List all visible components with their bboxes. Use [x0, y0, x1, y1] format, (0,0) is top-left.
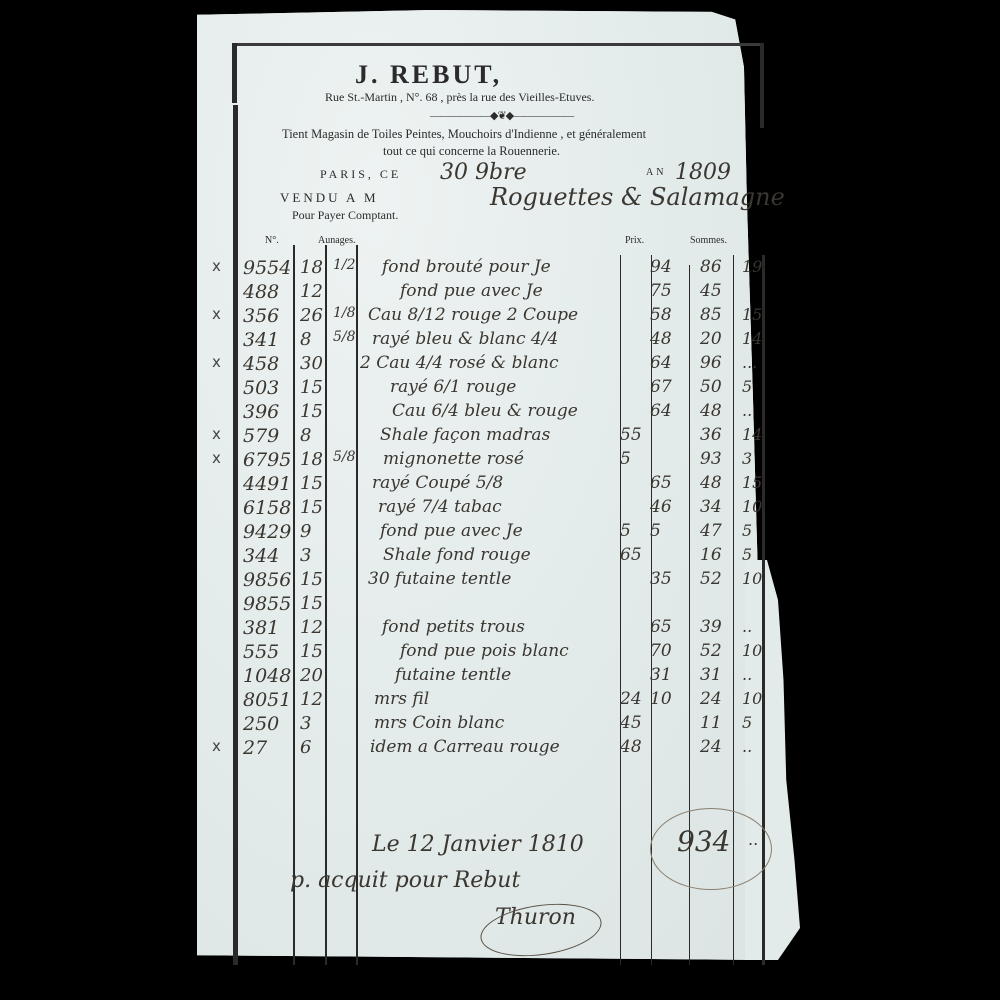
- item-number: 8051: [243, 689, 291, 711]
- item-prix: 65: [650, 473, 672, 493]
- item-number: 344: [243, 545, 279, 567]
- row-mark: x: [212, 449, 221, 467]
- item-number: 9855: [243, 593, 291, 615]
- right-border-rule: [760, 43, 764, 128]
- item-somme: 36: [700, 425, 722, 445]
- item-somme: 24: [700, 689, 722, 709]
- item-aunages: 20: [300, 665, 323, 686]
- item-somme: 52: [700, 641, 722, 661]
- item-aunages: 15: [300, 641, 323, 662]
- item-description: fond petits trous: [382, 617, 525, 637]
- item-somme: 34: [700, 497, 722, 517]
- item-somme: 39: [700, 617, 722, 637]
- item-prix: 65: [650, 617, 672, 637]
- item-cent: 10: [742, 641, 762, 660]
- item-somme: 48: [700, 473, 722, 493]
- table-row: 615815rayé 7/4 tabac463410: [0, 497, 1000, 523]
- item-description: rayé bleu & blanc 4/4: [372, 329, 558, 349]
- item-cent: ..: [742, 401, 752, 420]
- item-cent: 10: [742, 497, 762, 516]
- item-description: Cau 6/4 bleu & rouge: [392, 401, 578, 421]
- item-fraction: 5/8: [333, 449, 356, 465]
- item-description: rayé Coupé 5/8: [372, 473, 503, 493]
- item-prix-sub: 5: [620, 449, 631, 469]
- table-row: 98561530 futaine tentle355210: [0, 569, 1000, 595]
- table-row: 94299fond pue avec Je55475: [0, 521, 1000, 547]
- table-row: 3443Shale fond rouge65165: [0, 545, 1000, 571]
- col-header-sommes: Sommes.: [690, 235, 727, 246]
- table-row: x9554181/2fond brouté pour Je948619: [0, 257, 1000, 283]
- item-prix-sub: 45: [620, 713, 642, 733]
- item-somme: 85: [700, 305, 722, 325]
- item-aunages: 12: [300, 689, 323, 710]
- sold-to-label: VENDU A M: [280, 190, 379, 206]
- paris-label: PARIS, CE: [320, 167, 401, 182]
- item-prix: 10: [650, 689, 672, 709]
- table-row: 50315rayé 6/1 rouge67505: [0, 377, 1000, 403]
- buyer-name: Roguettes & Salamagne: [490, 183, 785, 211]
- item-description: Cau 8/12 rouge 2 Coupe: [368, 305, 578, 325]
- item-somme: 86: [700, 257, 722, 277]
- item-cent: 5: [742, 545, 752, 564]
- item-fraction: 1/8: [333, 305, 356, 321]
- item-aunages: 9: [300, 521, 311, 542]
- item-prix: 58: [650, 305, 672, 325]
- item-number: 9856: [243, 569, 291, 591]
- acquit-line: p. acquit pour Rebut: [290, 868, 520, 893]
- item-description: Shale façon madras: [380, 425, 550, 445]
- item-cent: 5: [742, 377, 752, 396]
- item-number: 341: [243, 329, 279, 351]
- item-somme: 20: [700, 329, 722, 349]
- col-header-no: N°.: [265, 235, 279, 246]
- item-number: 9554: [243, 257, 291, 279]
- item-aunages: 18: [300, 449, 323, 470]
- item-number: 488: [243, 281, 279, 303]
- item-number: 6795: [243, 449, 291, 471]
- item-number: 4491: [243, 473, 291, 495]
- invoice-year: 1809: [675, 160, 731, 185]
- ornament-divider: ——————◆❦◆——————: [430, 109, 573, 122]
- item-prix: 64: [650, 401, 672, 421]
- item-cent: 14: [742, 425, 762, 444]
- item-prix-sub: 24: [620, 689, 642, 709]
- item-aunages: 15: [300, 497, 323, 518]
- table-row: x356261/8Cau 8/12 rouge 2 Coupe588515: [0, 305, 1000, 331]
- item-description: fond pue avec Je: [400, 281, 543, 301]
- item-cent: 19: [742, 257, 762, 276]
- payment-terms: Pour Payer Comptant.: [292, 208, 398, 223]
- item-number: 503: [243, 377, 279, 399]
- item-description: fond pue avec Je: [380, 521, 523, 541]
- item-aunages: 8: [300, 425, 311, 446]
- item-description: 2 Cau 4/4 rosé & blanc: [360, 353, 559, 373]
- item-description: mrs Coin blanc: [374, 713, 504, 733]
- item-aunages: 3: [300, 545, 311, 566]
- item-aunages: 15: [300, 377, 323, 398]
- item-number: 381: [243, 617, 279, 639]
- item-somme: 11: [700, 713, 722, 733]
- table-row: 805112mrs fil24102410: [0, 689, 1000, 715]
- item-cent: 3: [742, 449, 752, 468]
- item-aunages: 12: [300, 617, 323, 638]
- shop-description-line2: tout ce qui concerne la Rouennerie.: [383, 144, 560, 159]
- item-somme: 52: [700, 569, 722, 589]
- table-row: 985515: [0, 593, 1000, 619]
- item-somme: 96: [700, 353, 722, 373]
- table-row: 48812fond pue avec Je7545: [0, 281, 1000, 307]
- item-prix-sub: 65: [620, 545, 642, 565]
- item-description: mignonette rosé: [383, 449, 524, 469]
- item-somme: 45: [700, 281, 722, 301]
- item-aunages: 8: [300, 329, 311, 350]
- merchant-name: J. REBUT,: [355, 60, 502, 90]
- item-prix: 31: [650, 665, 672, 685]
- item-prix: 64: [650, 353, 672, 373]
- item-cent: 15: [742, 305, 762, 324]
- item-cent: 5: [742, 713, 752, 732]
- invoice-date: 30 9bre: [440, 160, 527, 185]
- item-aunages: 15: [300, 569, 323, 590]
- item-somme: 48: [700, 401, 722, 421]
- item-cent: 14: [742, 329, 762, 348]
- item-number: 356: [243, 305, 279, 327]
- item-description: 30 futaine tentle: [368, 569, 511, 589]
- col-header-prix: Prix.: [625, 235, 644, 246]
- item-somme: 50: [700, 377, 722, 397]
- table-row: 39615Cau 6/4 bleu & rouge6448..: [0, 401, 1000, 427]
- item-prix: 46: [650, 497, 672, 517]
- item-somme: 47: [700, 521, 722, 541]
- left-border-rule: [232, 43, 237, 103]
- item-aunages: 12: [300, 281, 323, 302]
- item-prix: 48: [650, 329, 672, 349]
- row-mark: x: [212, 305, 221, 323]
- table-row: x276idem a Carreau rouge4824..: [0, 737, 1000, 763]
- item-cent: 10: [742, 689, 762, 708]
- table-row: x458302 Cau 4/4 rosé & blanc6496...: [0, 353, 1000, 379]
- item-fraction: 5/8: [333, 329, 356, 345]
- item-number: 579: [243, 425, 279, 447]
- item-number: 6158: [243, 497, 291, 519]
- item-prix: 5: [650, 521, 661, 541]
- item-description: Shale fond rouge: [383, 545, 531, 565]
- item-prix: 75: [650, 281, 672, 301]
- table-row: 2503mrs Coin blanc45115: [0, 713, 1000, 739]
- item-aunages: 26: [300, 305, 323, 326]
- item-somme: 31: [700, 665, 722, 685]
- table-row: 38112fond petits trous6539..: [0, 617, 1000, 643]
- item-description: fond brouté pour Je: [382, 257, 551, 277]
- item-cent: 15: [742, 473, 762, 492]
- item-aunages: 6: [300, 737, 311, 758]
- receipt-date: Le 12 Janvier 1810: [372, 832, 584, 857]
- item-prix: 35: [650, 569, 672, 589]
- item-prix-sub: 5: [620, 521, 631, 541]
- item-description: mrs fil: [374, 689, 429, 709]
- top-border-rule: [232, 43, 762, 46]
- item-number: 9429: [243, 521, 291, 543]
- table-row: x6795185/8mignonette rosé5933: [0, 449, 1000, 475]
- item-number: 458: [243, 353, 279, 375]
- item-cent: ..: [742, 617, 752, 636]
- row-mark: x: [212, 425, 221, 443]
- item-number: 250: [243, 713, 279, 735]
- item-description: rayé 6/1 rouge: [390, 377, 516, 397]
- year-label: AN: [646, 167, 666, 178]
- item-number: 27: [243, 737, 267, 759]
- col-header-aunages: Aunages.: [318, 235, 356, 246]
- item-prix: 94: [650, 257, 672, 277]
- item-aunages: 3: [300, 713, 311, 734]
- merchant-address: Rue St.-Martin , N°. 68 , près la rue de…: [325, 90, 594, 105]
- item-description: idem a Carreau rouge: [370, 737, 560, 757]
- item-aunages: 15: [300, 593, 323, 614]
- item-prix: 70: [650, 641, 672, 661]
- row-mark: x: [212, 353, 221, 371]
- table-row: x5798Shale façon madras553614: [0, 425, 1000, 451]
- item-cent: ..: [742, 737, 752, 756]
- row-mark: x: [212, 257, 221, 275]
- row-mark: x: [212, 737, 221, 755]
- item-description: futaine tentle: [395, 665, 511, 685]
- item-cent: ...: [742, 353, 757, 372]
- item-description: fond pue pois blanc: [400, 641, 569, 661]
- item-somme: 24: [700, 737, 722, 757]
- item-cent: 10: [742, 569, 762, 588]
- item-number: 1048: [243, 665, 291, 687]
- item-cent: ..: [742, 665, 752, 684]
- item-somme: 93: [700, 449, 722, 469]
- item-prix-sub: 55: [620, 425, 642, 445]
- item-prix-sub: 48: [620, 737, 642, 757]
- item-aunages: 15: [300, 473, 323, 494]
- item-aunages: 18: [300, 257, 323, 278]
- item-aunages: 15: [300, 401, 323, 422]
- table-row: 55515fond pue pois blanc705210: [0, 641, 1000, 667]
- shop-description-line1: Tient Magasin de Toiles Peintes, Mouchoi…: [282, 127, 646, 142]
- item-number: 396: [243, 401, 279, 423]
- item-prix: 67: [650, 377, 672, 397]
- item-cent: 5: [742, 521, 752, 540]
- total-flourish: [650, 808, 772, 890]
- table-row: 34185/8rayé bleu & blanc 4/4482014: [0, 329, 1000, 355]
- table-row: 104820futaine tentle3131..: [0, 665, 1000, 691]
- item-aunages: 30: [300, 353, 323, 374]
- item-description: rayé 7/4 tabac: [378, 497, 502, 517]
- item-fraction: 1/2: [333, 257, 356, 273]
- item-somme: 16: [700, 545, 722, 565]
- table-row: 449115rayé Coupé 5/8654815: [0, 473, 1000, 499]
- item-number: 555: [243, 641, 279, 663]
